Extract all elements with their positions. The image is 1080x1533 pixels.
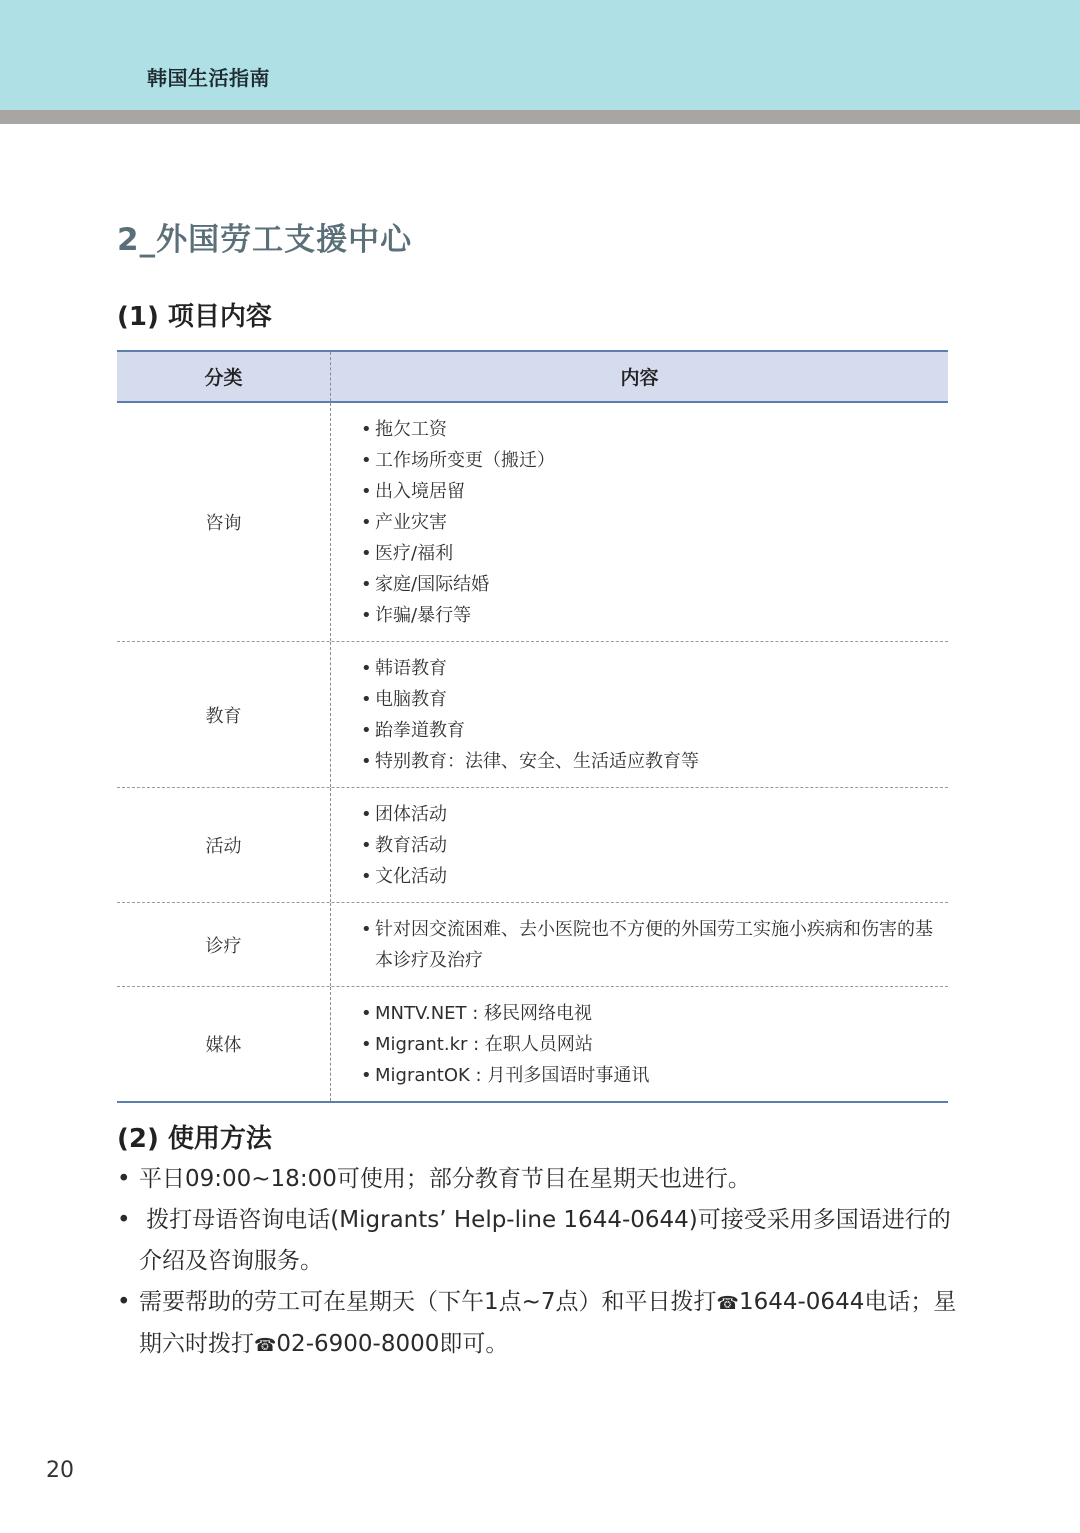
list-item: 特别教育：法律、安全、生活适应教育等 — [361, 746, 948, 777]
usage-text: 需要帮助的劳工可在星期天（下午1点~7点）和平日拨打 — [139, 1289, 717, 1315]
usage-subtitle: (2) 使用方法 — [117, 1118, 957, 1155]
list-item: MNTV.NET : 移民网络电视 — [361, 998, 948, 1029]
list-item: 拖欠工资 — [361, 414, 948, 445]
table-row: 活动 团体活动 教育活动 文化活动 — [117, 788, 948, 903]
row-content: 拖欠工资 工作场所变更（搬迁） 出入境居留 产业灾害 医疗/福利 家庭/国际结婚… — [330, 403, 948, 641]
row-content: MNTV.NET : 移民网络电视 Migrant.kr : 在职人员网站 Mi… — [330, 987, 948, 1101]
usage-item-hours: 平日09:00~18:00可使用；部分教育节目在星期天也进行。 — [117, 1159, 957, 1200]
list-item: 文化活动 — [361, 861, 948, 892]
programs-subtitle: (1) 项目内容 — [117, 296, 272, 333]
usage-text: 即可。 — [439, 1331, 508, 1357]
phone-number-saturday: 02-6900-8000 — [276, 1331, 439, 1357]
list-item: MigrantOK : 月刊多国语时事通讯 — [361, 1060, 948, 1091]
row-category: 媒体 — [117, 987, 330, 1101]
phone-number-weekday: 1644-0644 — [739, 1289, 864, 1315]
list-item: 电脑教育 — [361, 684, 948, 715]
usage-item-contact: 需要帮助的劳工可在星期天（下午1点~7点）和平日拨打☎1644-0644电话；星… — [117, 1282, 957, 1366]
header-content: 内容 — [330, 352, 948, 401]
programs-table: 分类 内容 咨询 拖欠工资 工作场所变更（搬迁） 出入境居留 产业灾害 医疗/福… — [117, 350, 948, 1103]
list-item: 教育活动 — [361, 830, 948, 861]
row-content: 针对因交流困难、去小医院也不方便的外国劳工实施小疾病和伤害的基本诊疗及治疗 — [330, 903, 948, 986]
row-category: 活动 — [117, 788, 330, 902]
list-item: 针对因交流困难、去小医院也不方便的外国劳工实施小疾病和伤害的基本诊疗及治疗 — [361, 914, 934, 976]
list-item: 医疗/福利 — [361, 538, 948, 569]
row-category: 诊疗 — [117, 903, 330, 986]
list-item: 团体活动 — [361, 799, 948, 830]
row-content: 韩语教育 电脑教育 跆拳道教育 特别教育：法律、安全、生活适应教育等 — [330, 642, 948, 787]
row-category: 教育 — [117, 642, 330, 787]
phone-icon: ☎ — [254, 1335, 276, 1356]
section-title: 2_外国劳工支援中心 — [117, 214, 412, 259]
row-content: 团体活动 教育活动 文化活动 — [330, 788, 948, 902]
page-number: 20 — [46, 1458, 74, 1483]
list-item: 出入境居留 — [361, 476, 948, 507]
list-item: 韩语教育 — [361, 653, 948, 684]
list-item: 跆拳道教育 — [361, 715, 948, 746]
table-row: 教育 韩语教育 电脑教育 跆拳道教育 特别教育：法律、安全、生活适应教育等 — [117, 642, 948, 788]
row-category: 咨询 — [117, 403, 330, 641]
table-header-row: 分类 内容 — [117, 350, 948, 403]
table-row: 诊疗 针对因交流困难、去小医院也不方便的外国劳工实施小疾病和伤害的基本诊疗及治疗 — [117, 903, 948, 987]
running-header-title: 韩国生活指南 — [147, 62, 270, 91]
usage-section: (2) 使用方法 平日09:00~18:00可使用；部分教育节目在星期天也进行。… — [117, 1118, 957, 1366]
header-category: 分类 — [117, 352, 330, 401]
phone-icon: ☎ — [717, 1293, 739, 1314]
list-item: 产业灾害 — [361, 507, 948, 538]
usage-item-helpline: 拨打母语咨询电话(Migrants’ Help-line 1644-0644)可… — [117, 1200, 957, 1282]
table-row: 咨询 拖欠工资 工作场所变更（搬迁） 出入境居留 产业灾害 医疗/福利 家庭/国… — [117, 403, 948, 642]
list-item: 诈骗/暴行等 — [361, 600, 948, 631]
table-row: 媒体 MNTV.NET : 移民网络电视 Migrant.kr : 在职人员网站… — [117, 987, 948, 1103]
list-item: 家庭/国际结婚 — [361, 569, 948, 600]
header-divider-strip — [0, 110, 1080, 124]
list-item: 工作场所变更（搬迁） — [361, 445, 948, 476]
header-band: 韩国生活指南 — [0, 0, 1080, 110]
list-item: Migrant.kr : 在职人员网站 — [361, 1029, 948, 1060]
